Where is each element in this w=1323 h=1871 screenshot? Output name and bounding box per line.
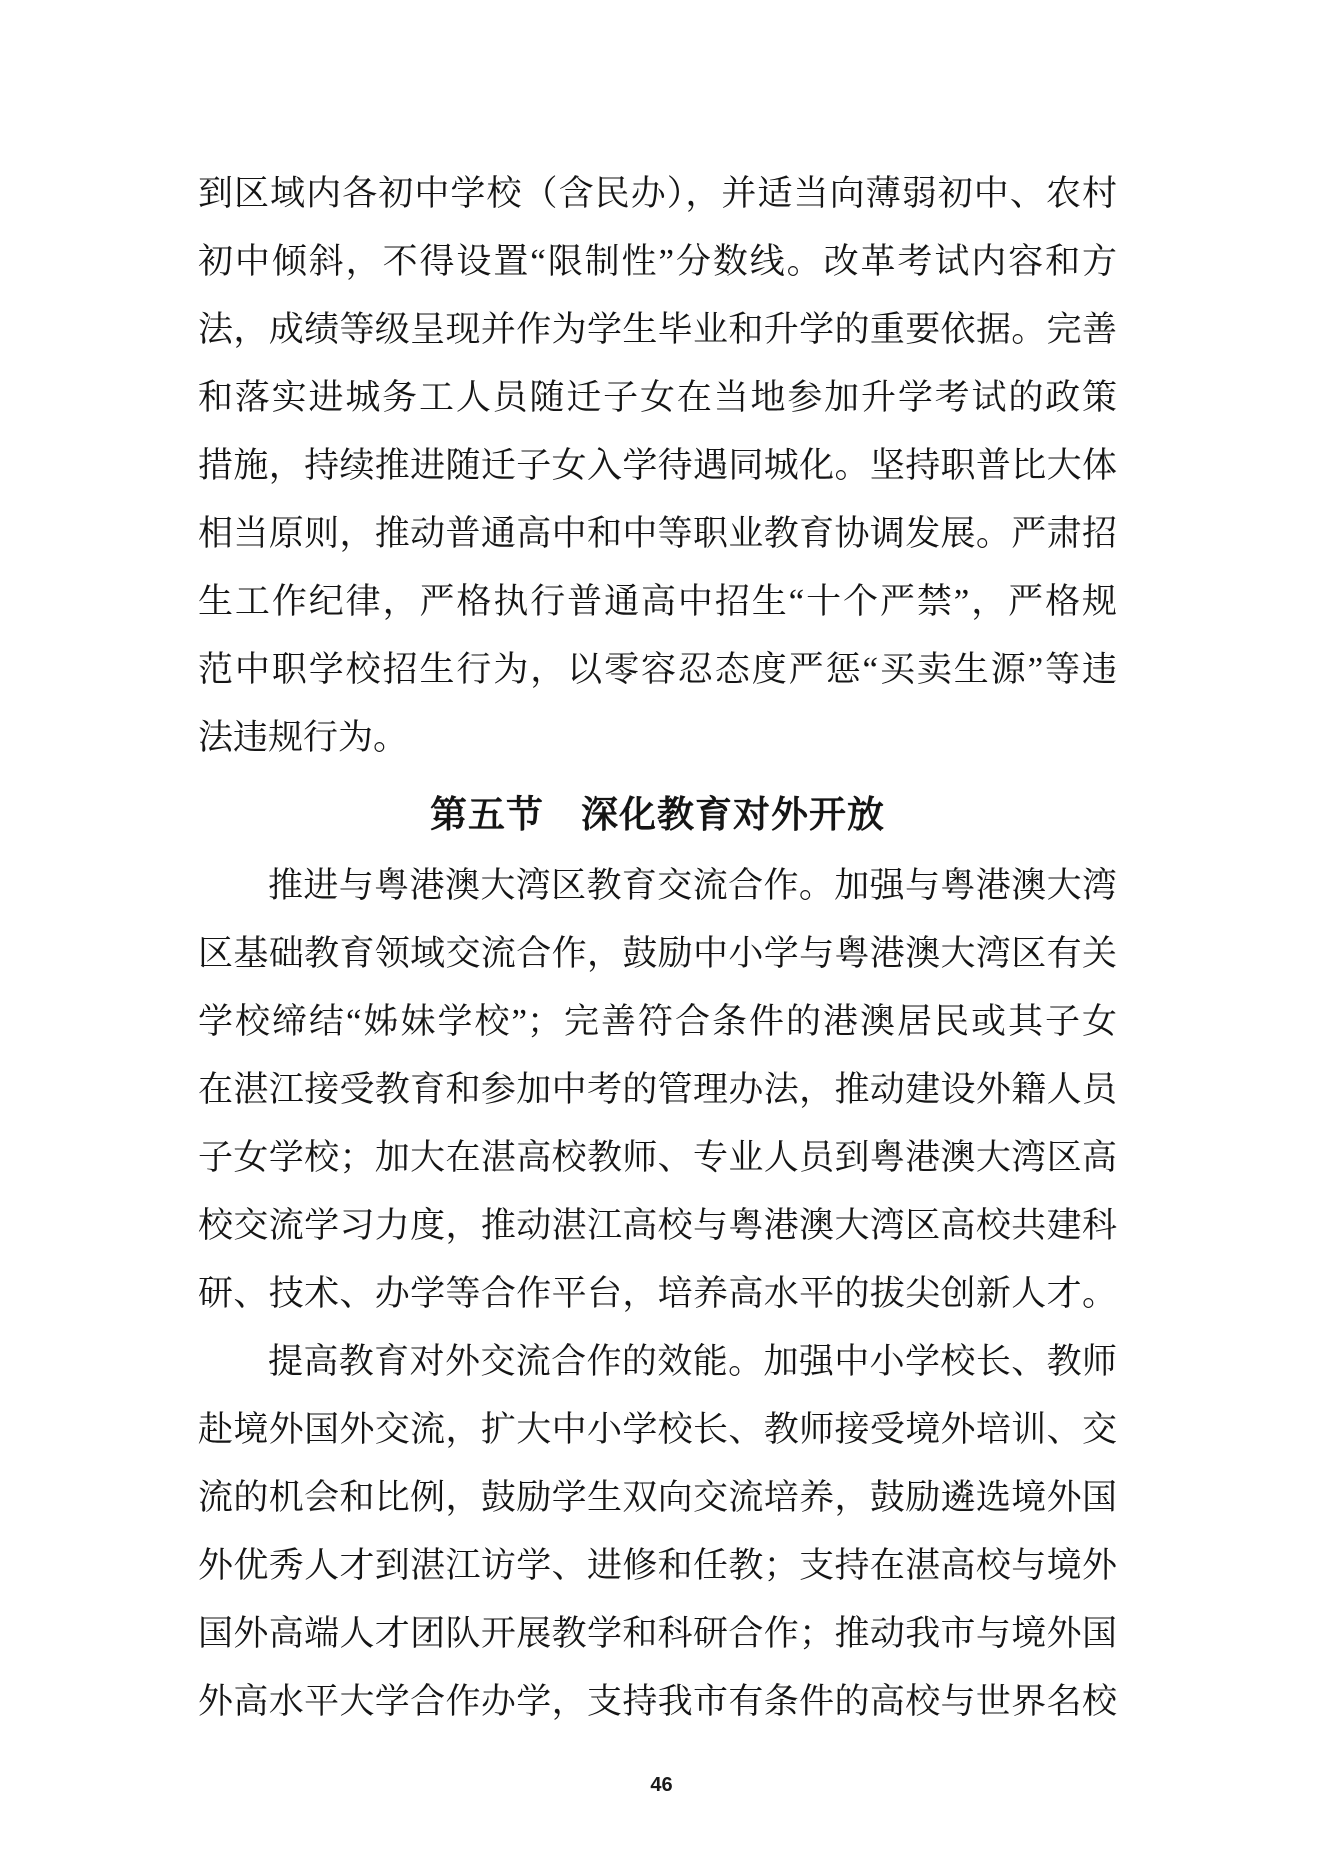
text-line: 区基础教育领域交流合作，鼓励中小学与粤港澳大湾区有关 (198, 920, 1117, 988)
section-heading-number: 第五节 (430, 795, 544, 836)
text-line: 外优秀人才到湛江访学、进修和任教；支持在湛高校与境外 (198, 1532, 1117, 1600)
text-line: 研、技术、办学等合作平台，培养高水平的拔尖创新人才。 (198, 1260, 1117, 1328)
text-line: 初中倾斜，不得设置“限制性”分数线。改革考试内容和方 (198, 228, 1117, 296)
text-line: 法违规行为。 (198, 704, 1117, 772)
text-line: 在湛江接受教育和参加中考的管理办法，推动建设外籍人员 (198, 1056, 1117, 1124)
text-line: 法，成绩等级呈现并作为学生毕业和升学的重要依据。完善 (198, 296, 1117, 364)
text-line: 提高教育对外交流合作的效能。加强中小学校长、教师 (198, 1328, 1117, 1396)
section-heading-title: 深化教育对外开放 (581, 795, 885, 836)
paragraph: 提高教育对外交流合作的效能。加强中小学校长、教师 赴境外国外交流，扩大中小学校长… (198, 1328, 1117, 1736)
text-line: 相当原则，推动普通高中和中等职业教育协调发展。严肃招 (198, 500, 1117, 568)
text-line: 赴境外国外交流，扩大中小学校长、教师接受境外培训、交 (198, 1396, 1117, 1464)
document-page: 到区域内各初中学校（含民办），并适当向薄弱初中、农村 初中倾斜，不得设置“限制性… (0, 0, 1323, 1871)
text-line: 生工作纪律，严格执行普通高中招生“十个严禁”，严格规 (198, 568, 1117, 636)
text-block: 到区域内各初中学校（含民办），并适当向薄弱初中、农村 初中倾斜，不得设置“限制性… (198, 160, 1117, 1736)
paragraph: 推进与粤港澳大湾区教育交流合作。加强与粤港澳大湾 区基础教育领域交流合作，鼓励中… (198, 852, 1117, 1328)
text-line: 和落实进城务工人员随迁子女在当地参加升学考试的政策 (198, 364, 1117, 432)
text-line: 校交流学习力度，推动湛江高校与粤港澳大湾区高校共建科 (198, 1192, 1117, 1260)
text-line: 流的机会和比例，鼓励学生双向交流培养，鼓励遴选境外国 (198, 1464, 1117, 1532)
text-line: 国外高端人才团队开展教学和科研合作；推动我市与境外国 (198, 1600, 1117, 1668)
text-line: 到区域内各初中学校（含民办），并适当向薄弱初中、农村 (198, 160, 1117, 228)
section-heading: 第五节深化教育对外开放 (198, 782, 1117, 850)
text-line: 子女学校；加大在湛高校教师、专业人员到粤港澳大湾区高 (198, 1124, 1117, 1192)
text-line: 外高水平大学合作办学，支持我市有条件的高校与世界名校 (198, 1668, 1117, 1736)
page-number: 46 (0, 1774, 1323, 1797)
text-line: 范中职学校招生行为，以零容忍态度严惩“买卖生源”等违 (198, 636, 1117, 704)
text-line: 措施，持续推进随迁子女入学待遇同城化。坚持职普比大体 (198, 432, 1117, 500)
paragraph: 到区域内各初中学校（含民办），并适当向薄弱初中、农村 初中倾斜，不得设置“限制性… (198, 160, 1117, 772)
text-line: 推进与粤港澳大湾区教育交流合作。加强与粤港澳大湾 (198, 852, 1117, 920)
text-line: 学校缔结“姊妹学校”；完善符合条件的港澳居民或其子女 (198, 988, 1117, 1056)
